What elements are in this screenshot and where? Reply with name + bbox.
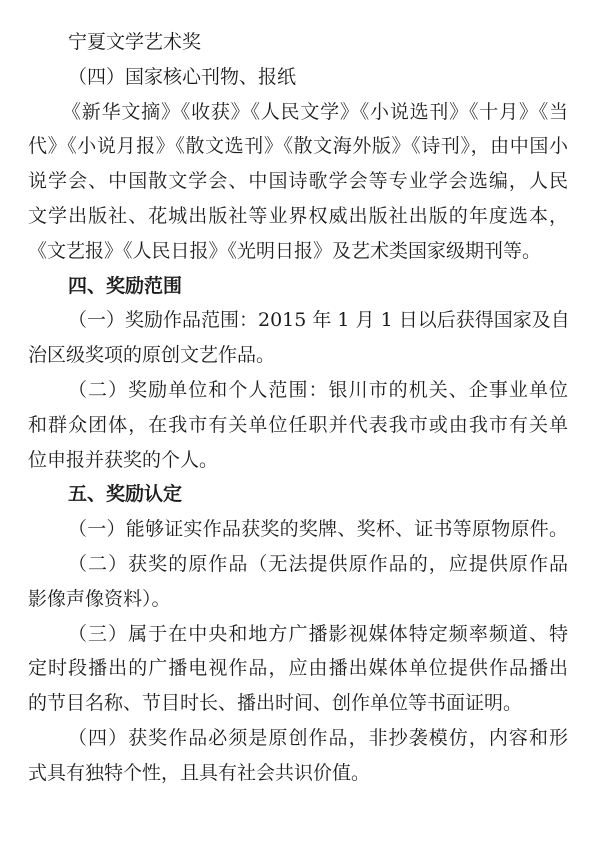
verification-item-4: （四）获奖作品必须是原创作品，非抄袭模仿，内容和形 式具有独特个性，且具有社会共… [28, 721, 568, 791]
text-line: 位申报并获奖的个人。 [28, 443, 568, 478]
text-line: 文学出版社、花城出版社等业界权威出版社出版的年度选本， [28, 199, 568, 234]
text-line: 影像声像资料）。 [28, 582, 568, 617]
text-line: 宁夏文学艺术奖 [28, 25, 568, 60]
section-heading: 五、奖励认定 [28, 477, 568, 512]
text-line: 定时段播出的广播电视作品，应由播出媒体单位提供作品播出 [28, 651, 568, 686]
award-ningxia-literature-art: 宁夏文学艺术奖 [28, 25, 568, 60]
verification-item-3: （三）属于在中央和地方广播影视媒体特定频率频道、特 定时段播出的广播电视作品，应… [28, 617, 568, 721]
scope-item-1: （一）奖励作品范围：2015 年 1 月 1 日以后获得国家及自 治区级奖项的原… [28, 303, 568, 373]
text-line: 式具有独特个性，且具有社会共识价值。 [28, 756, 568, 791]
section-4-award-scope: 四、奖励范围 [28, 269, 568, 304]
verification-item-1: （一）能够证实作品获奖的奖牌、奖杯、证书等原物原件。 [28, 512, 568, 547]
text-line: （一）能够证实作品获奖的奖牌、奖杯、证书等原物原件。 [28, 512, 568, 547]
subheading-text: （四）国家核心刊物、报纸 [28, 60, 568, 95]
text-line: 《新华文摘》《收获》《人民文学》《小说选刊》《十月》《当 [28, 95, 568, 130]
text-line: （二）奖励单位和个人范围：银川市的机关、企事业单位 [28, 373, 568, 408]
verification-item-2: （二）获奖的原作品（无法提供原作品的，应提供原作品 影像声像资料）。 [28, 547, 568, 617]
document-body: 宁夏文学艺术奖 （四）国家核心刊物、报纸 《新华文摘》《收获》《人民文学》《小说… [28, 25, 568, 791]
text-line: 《文艺报》《人民日报》《光明日报》及艺术类国家级期刊等。 [28, 234, 568, 269]
subsection-4-national-journals: （四）国家核心刊物、报纸 [28, 60, 568, 95]
text-line: 治区级奖项的原创文艺作品。 [28, 338, 568, 373]
document-page: 宁夏文学艺术奖 （四）国家核心刊物、报纸 《新华文摘》《收获》《人民文学》《小说… [0, 0, 602, 852]
text-line: 的节目名称、节目时长、播出时间、创作单位等书面证明。 [28, 686, 568, 721]
text-line: （三）属于在中央和地方广播影视媒体特定频率频道、特 [28, 617, 568, 652]
national-journals-list: 《新华文摘》《收获》《人民文学》《小说选刊》《十月》《当 代》《小说月报》《散文… [28, 95, 568, 269]
scope-item-2: （二）奖励单位和个人范围：银川市的机关、企事业单位 和群众团体，在我市有关单位任… [28, 373, 568, 477]
text-line: 和群众团体，在我市有关单位任职并代表我市或由我市有关单 [28, 408, 568, 443]
text-line: 说学会、中国散文学会、中国诗歌学会等专业学会选编，人民 [28, 164, 568, 199]
text-line: （二）获奖的原作品（无法提供原作品的，应提供原作品 [28, 547, 568, 582]
section-5-award-verification: 五、奖励认定 [28, 477, 568, 512]
text-line: 代》《小说月报》《散文选刊》《散文海外版》《诗刊》，由中国小 [28, 129, 568, 164]
section-heading: 四、奖励范围 [28, 269, 568, 304]
text-line: （四）获奖作品必须是原创作品，非抄袭模仿，内容和形 [28, 721, 568, 756]
text-line: （一）奖励作品范围：2015 年 1 月 1 日以后获得国家及自 [28, 303, 568, 338]
